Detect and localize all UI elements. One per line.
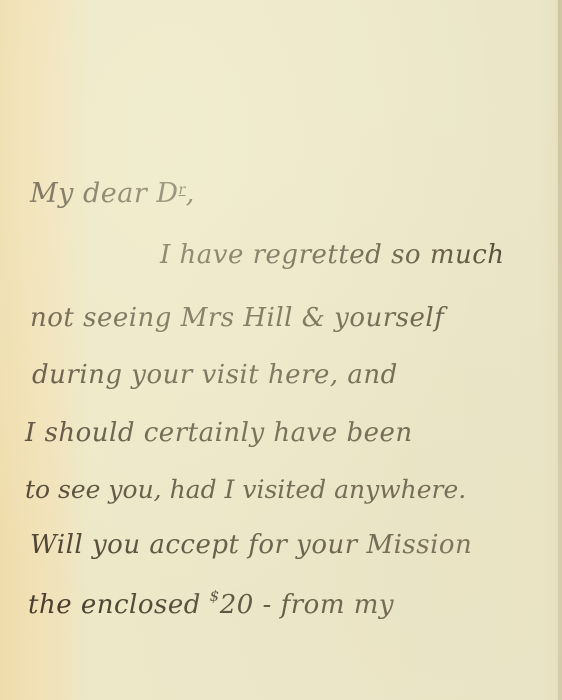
letter-line-2: not seeing Mrs Hill & yourself xyxy=(30,303,444,333)
salutation-superscript: r xyxy=(178,182,185,198)
salutation: My dear Dr, xyxy=(30,178,195,209)
currency-symbol: $ xyxy=(210,587,220,605)
letter-line-1: I have regretted so much xyxy=(160,240,505,270)
salutation-punct: , xyxy=(186,178,195,209)
salutation-text: My dear D xyxy=(30,178,178,209)
paper-right-edge xyxy=(558,0,562,700)
letter-paper: My dear Dr, I have regretted so much not… xyxy=(0,0,562,700)
enclosed-text: the enclosed xyxy=(28,590,210,620)
letter-line-4: I should certainly have been xyxy=(25,418,413,448)
letter-line-3: during your visit here, and xyxy=(32,360,398,390)
letter-line-6: Will you accept for your Mission xyxy=(30,530,472,560)
closing-fragment: - from my xyxy=(254,590,394,620)
letter-line-5: to see you, had I visited anywhere. xyxy=(25,475,466,504)
letter-line-7: the enclosed $20 - from my xyxy=(28,587,394,620)
donation-amount: 20 xyxy=(220,590,254,620)
